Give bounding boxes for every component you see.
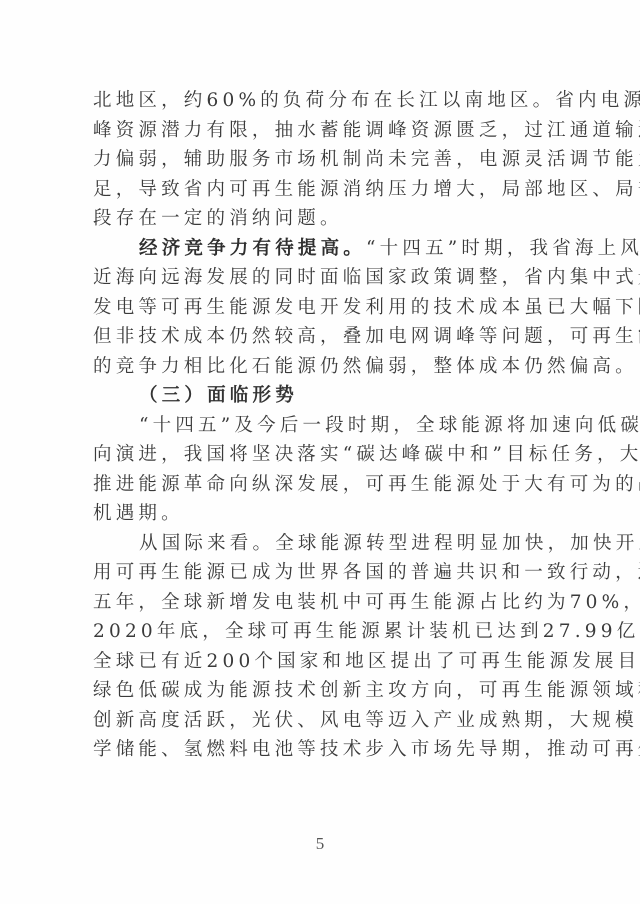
paragraph-lead: 经济竞争力有待提高。 (139, 238, 366, 259)
page-number: 5 (0, 834, 640, 854)
text-line: 但非技术成本仍然较高，叠加电网调峰等问题，可再生能源 (93, 322, 539, 352)
text-line: 绿色低碳成为能源技术创新主攻方向，可再生能源领域科技 (93, 676, 539, 706)
text-line: 的竞争力相比化石能源仍然偏弱，整体成本仍然偏高。 (93, 352, 539, 382)
paragraph-first-line: 从国际来看。全球能源转型进程明显加快，加快开发利 (93, 529, 539, 559)
text-line: 学储能、氢燃料电池等技术步入市场先导期，推动可再生能 (93, 735, 539, 765)
section-heading: （三）面临形势 (93, 381, 539, 411)
text-line: 向演进，我国将坚决落实“碳达峰碳中和”目标任务，大力 (93, 440, 539, 470)
text-line: 足，导致省内可再生能源消纳压力增大，局部地区、局部时 (93, 175, 539, 205)
text-line: 2020年底，全球可再生能源累计装机已达到27.99亿千瓦， (93, 617, 539, 647)
paragraph-first-line: “十四五”及今后一段时期，全球能源将加速向低碳方 (93, 411, 539, 441)
text-line: 机遇期。 (93, 499, 539, 529)
document-page: 北地区，约60%的负荷分布在长江以南地区。省内电源侧调 峰资源潜力有限，抽水蓄能… (0, 0, 640, 904)
paragraph-first-line: 经济竞争力有待提高。“十四五”时期，我省海上风电由 (93, 234, 539, 264)
text-line: 北地区，约60%的负荷分布在长江以南地区。省内电源侧调 (93, 86, 539, 116)
text-line: 五年，全球新增发电装机中可再生能源占比约为70%，截至 (93, 588, 539, 618)
text-line: 段存在一定的消纳问题。 (93, 204, 539, 234)
text-line: 力偏弱，辅助服务市场机制尚未完善，电源灵活调节能力不 (93, 145, 539, 175)
text-line: 用可再生能源已成为世界各国的普遍共识和一致行动，过去 (93, 558, 539, 588)
text-line: 发电等可再生能源发电开发利用的技术成本虽已大幅下降， (93, 293, 539, 323)
body-text: 北地区，约60%的负荷分布在长江以南地区。省内电源侧调 峰资源潜力有限，抽水蓄能… (93, 86, 539, 765)
text-line: 推进能源革命向纵深发展，可再生能源处于大有可为的战略 (93, 470, 539, 500)
text-line: 全球已有近200个国家和地区提出了可再生能源发展目标。 (93, 647, 539, 677)
text-line: 峰资源潜力有限，抽水蓄能调峰资源匮乏，过江通道输送能 (93, 116, 539, 146)
text-run: “十四五”时期，我省海上风电由 (366, 238, 640, 259)
text-line: 近海向远海发展的同时面临国家政策调整，省内集中式光伏 (93, 263, 539, 293)
text-line: 创新高度活跃，光伏、风电等迈入产业成熟期，大规模电化 (93, 706, 539, 736)
